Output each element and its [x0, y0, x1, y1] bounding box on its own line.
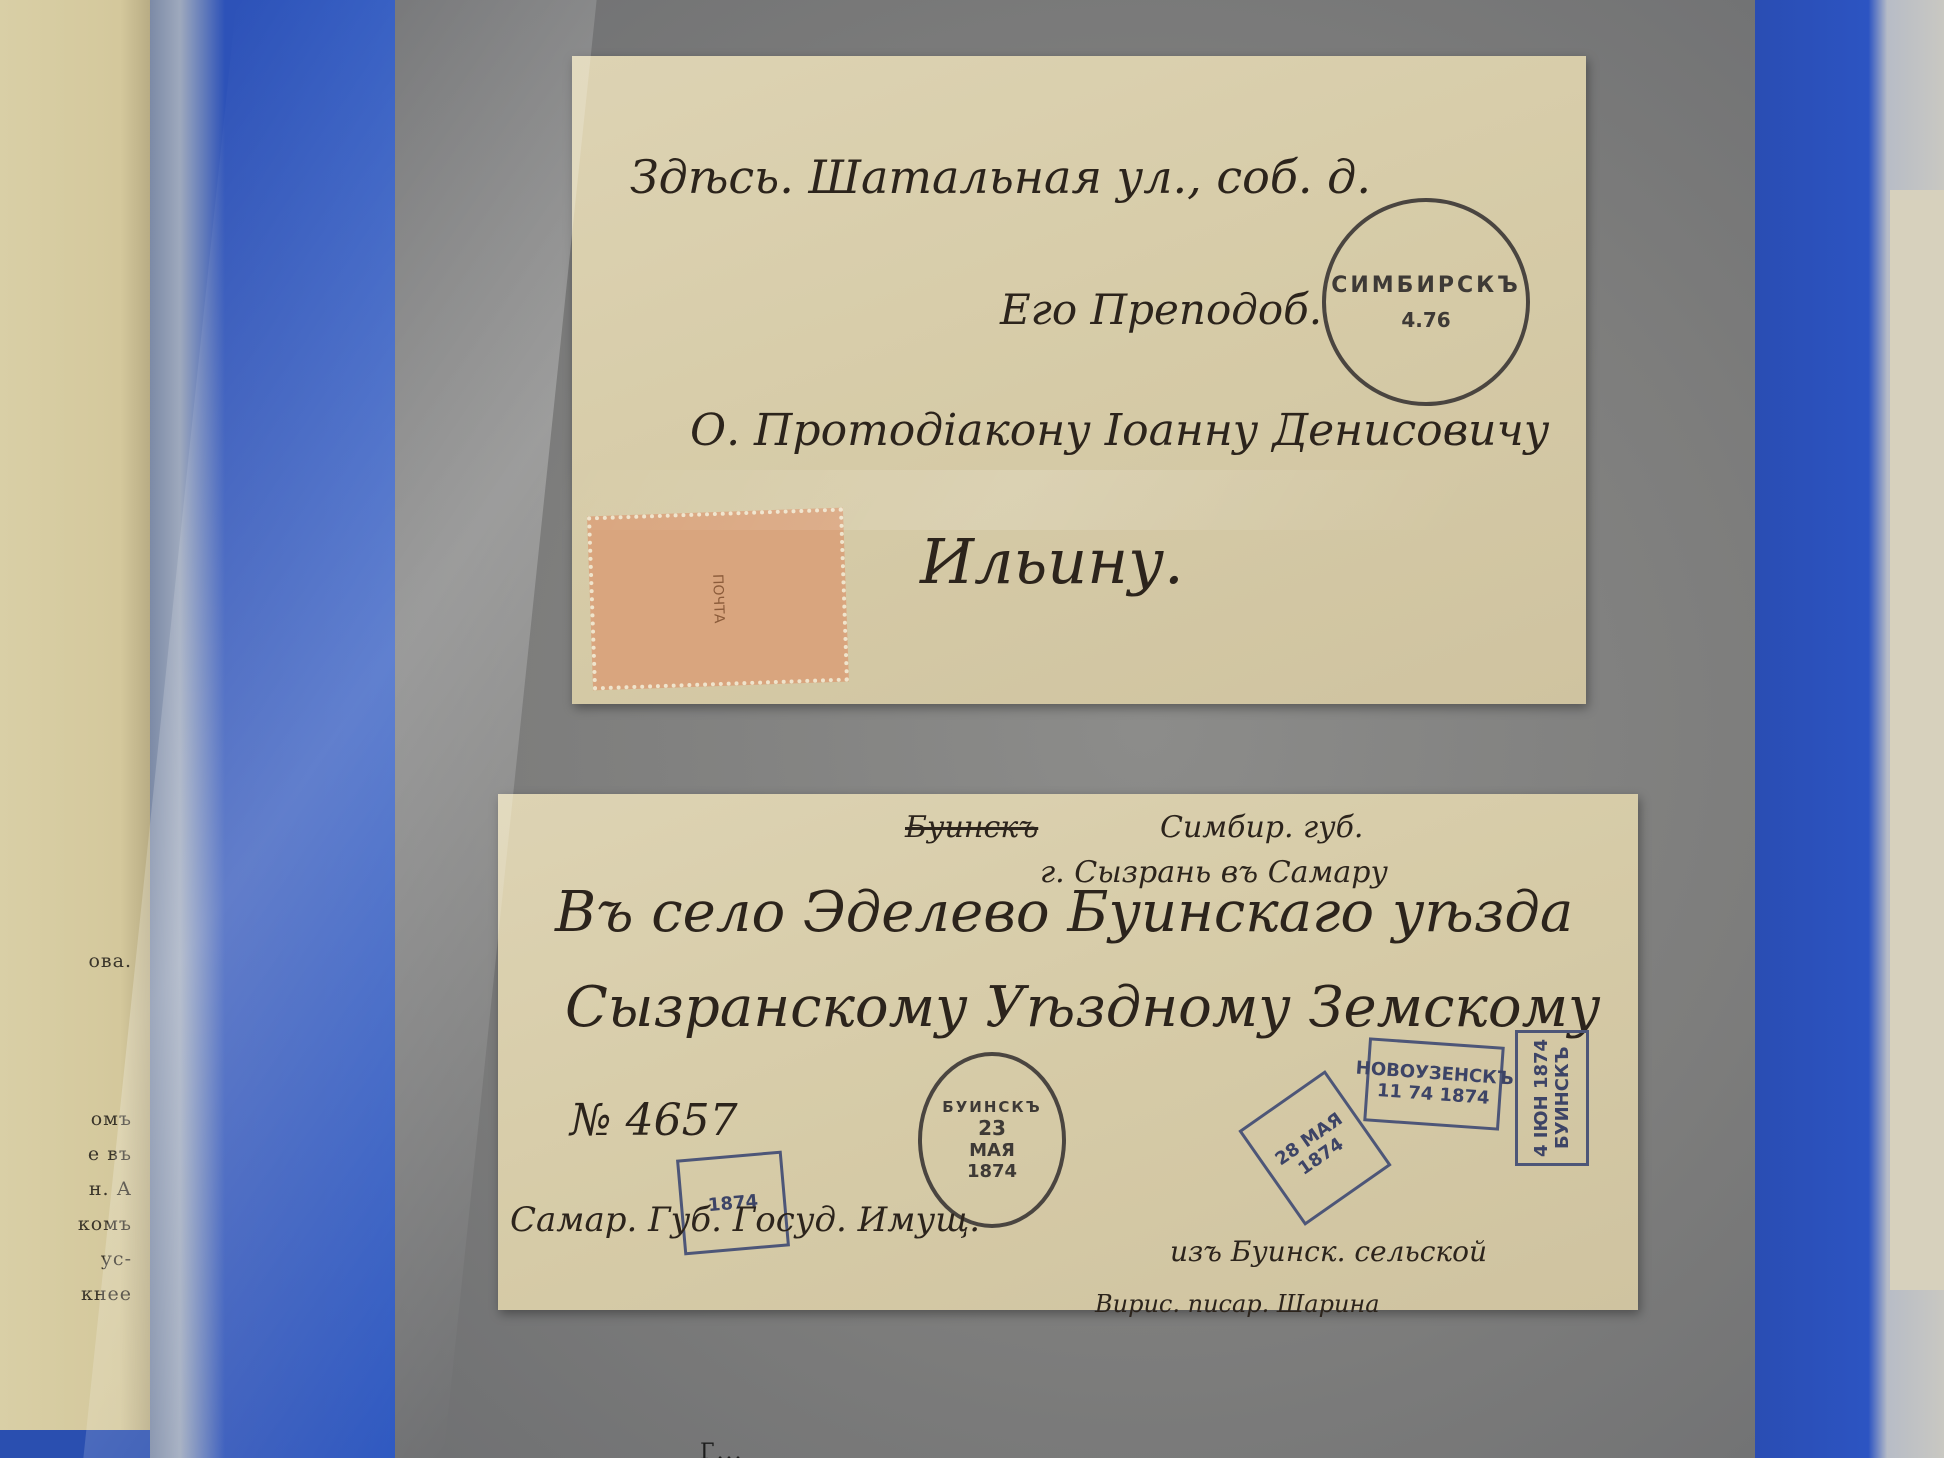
- postmark-simbirsk: СИМБИРСКЪ 4.76: [1322, 198, 1530, 406]
- address-line: Его Преподоб.: [1000, 285, 1322, 334]
- struck-text: Буинскъ: [905, 810, 1038, 845]
- address-line: Здѣсь. Шатальная ул., соб. д.: [630, 150, 1371, 204]
- footer-line: Самар. Губ. Госуд. Имущ.: [510, 1200, 980, 1240]
- address-line: Въ село Эделево Буинскаго уѣзда: [555, 880, 1573, 945]
- printed-document-left: ова. омъ е въ н. А комъ ус- кнее: [0, 0, 150, 1430]
- address-line: Сызранскому Уѣздному Земскому: [565, 975, 1600, 1040]
- letter-number: № 4657: [570, 1095, 738, 1146]
- address-line-surname: Ильину.: [920, 525, 1184, 598]
- box-postmark: 4 ІЮН 1874 БУИНСКЪ: [1515, 1030, 1589, 1166]
- doc-text-fragment: омъ: [91, 1108, 132, 1130]
- doc-text-fragment: ова.: [88, 950, 132, 972]
- address-line: Симбир. губ.: [1160, 810, 1363, 845]
- doc-text-fragment: н. А: [89, 1178, 132, 1200]
- footer-line: Вирис. писар. Шарина: [1095, 1290, 1380, 1318]
- doc-text-fragment: ус-: [101, 1248, 132, 1270]
- doc-text-fragment: кнее: [81, 1283, 132, 1305]
- exhibit-caption: Г...: [700, 1440, 744, 1458]
- footer-line: изъ Буинск. сельской: [1170, 1235, 1487, 1268]
- box-postmark: НОВОУЗЕНСКЪ 11 74 1874: [1363, 1037, 1505, 1130]
- doc-text-fragment: комъ: [78, 1213, 132, 1235]
- display-frame-left: [150, 0, 400, 1458]
- doc-text-fragment: е въ: [88, 1143, 132, 1165]
- postage-stamp: ПОЧТА: [587, 508, 849, 691]
- address-line: О. Протодіакону Іоанну Денисовичу: [690, 405, 1549, 456]
- document-right-edge: [1890, 190, 1944, 1290]
